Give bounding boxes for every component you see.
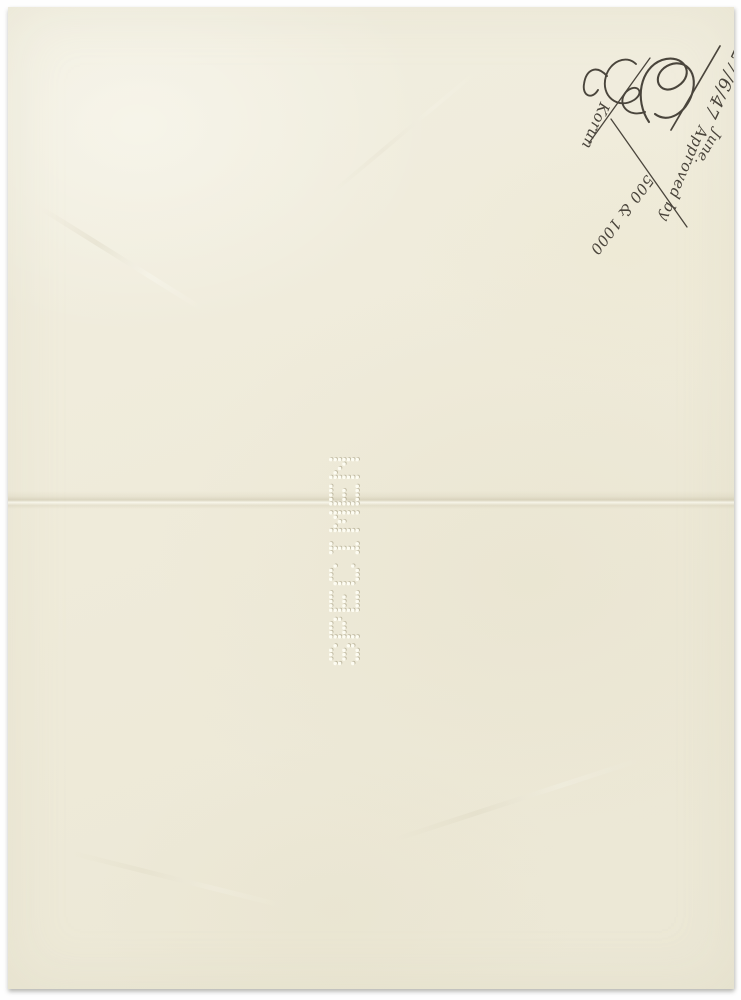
paper-wrinkle	[330, 63, 486, 195]
separator-stroke	[589, 58, 650, 143]
fold-crease	[8, 491, 734, 509]
annotation-currency: Korun	[578, 99, 614, 152]
specimen-perforation	[322, 448, 366, 670]
annotation-approval: Approved by	[655, 122, 712, 224]
paper-wrinkle	[71, 850, 286, 908]
annotation-date: 27/6/47	[699, 46, 734, 122]
annotation-month: June.	[691, 125, 726, 169]
scanned-photo: 27/6/47 Approved by June. 500 & 1000 Kor…	[0, 0, 741, 1000]
monogram-signature-icon	[641, 59, 694, 122]
annotation-denomination: 500 & 1000	[586, 172, 657, 258]
paper-wrinkle	[41, 207, 205, 312]
signature-slash	[671, 46, 720, 130]
signature-flourish-icon	[584, 60, 645, 114]
paper-sheet: 27/6/47 Approved by June. 500 & 1000 Kor…	[8, 7, 734, 989]
separator-stroke	[611, 119, 687, 227]
paper-wrinkle	[394, 757, 643, 842]
